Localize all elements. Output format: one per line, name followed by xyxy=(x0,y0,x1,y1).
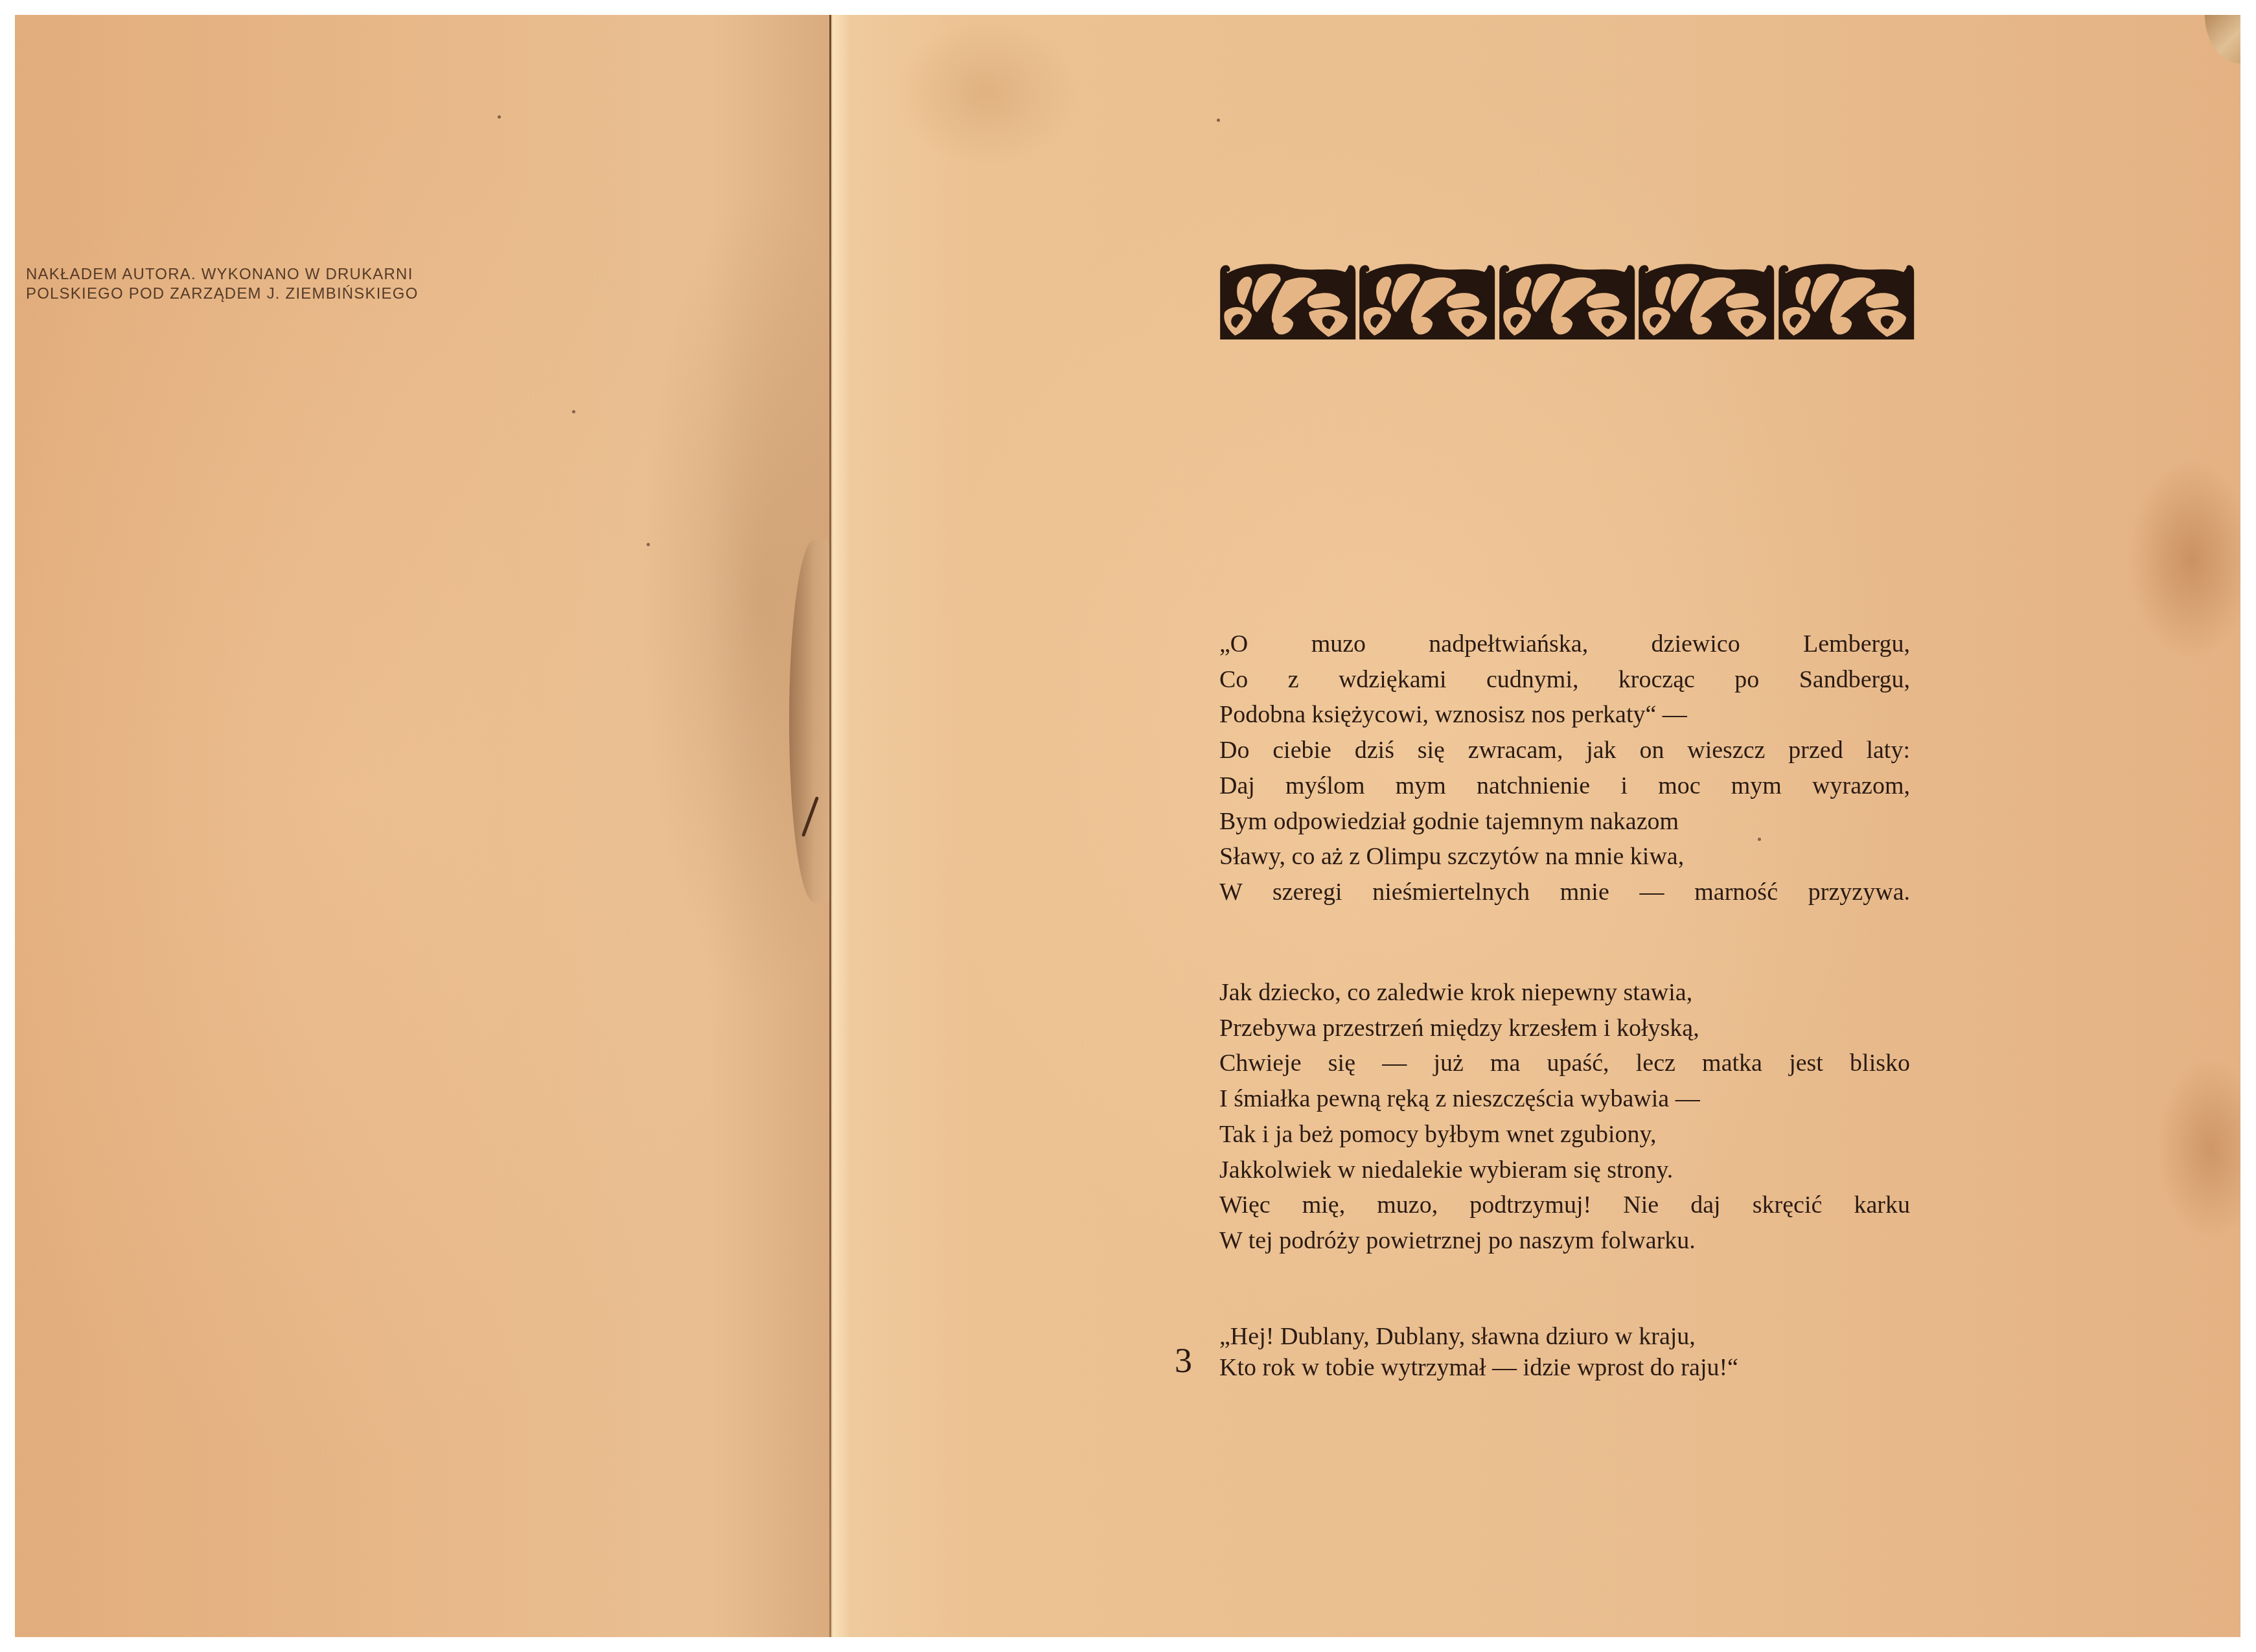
poem-closing-couplet: „Hej! Dublany, Dublany, sławna dziuro w … xyxy=(1219,1321,1910,1383)
poem-line: Co z wdziękami cudnymi, krocząc po Sandb… xyxy=(1219,662,1910,698)
left-page: NAKŁADEM AUTORA. WYKONANO W DRUKARNI POL… xyxy=(15,15,831,1637)
book-spread: NAKŁADEM AUTORA. WYKONANO W DRUKARNI POL… xyxy=(15,15,2240,1637)
poem-line: Tak i ja beż pomocy byłbym wnet zgubiony… xyxy=(1219,1117,1910,1153)
paper-speck xyxy=(1217,119,1220,122)
imprint-line: POLSKIEGO POD ZARZĄDEM J. ZIEMBIŃSKIEGO xyxy=(26,284,419,304)
floral-border-ornament xyxy=(1218,259,1916,339)
poem-line: Jak dziecko, co zaledwie krok niepewny s… xyxy=(1219,975,1910,1011)
poem-line: Do ciebie dziś się zwracam, jak on wiesz… xyxy=(1219,733,1910,768)
art-nouveau-floral-border-icon xyxy=(1637,259,1776,339)
poem-stanza-2: Jak dziecko, co zaledwie krok niepewny s… xyxy=(1219,975,1910,1259)
paper-speck xyxy=(647,543,650,546)
printer-imprint: NAKŁADEM AUTORA. WYKONANO W DRUKARNI POL… xyxy=(26,265,419,304)
poem-line: Bym odpowiedział godnie tajemnym nakazom xyxy=(1219,804,1910,840)
spine-highlight xyxy=(833,15,851,1637)
paper-speck xyxy=(498,115,501,119)
poem-line: Podobna księżycowi, wznosisz nos perkaty… xyxy=(1219,697,1910,733)
poem-line: „Hej! Dublany, Dublany, sławna dziuro w … xyxy=(1219,1321,1910,1352)
art-nouveau-floral-border-icon xyxy=(1777,259,1916,339)
poem-line: W szeregi nieśmiertelnych mnie — marność… xyxy=(1219,875,1910,910)
poem-line: W tej podróży powietrznej po naszym folw… xyxy=(1219,1223,1910,1259)
page-number: 3 xyxy=(1175,1341,1192,1380)
poem-line: „O muzo nadpełtwiańska, dziewico Lemberg… xyxy=(1219,626,1910,662)
page-corner-curl xyxy=(2205,15,2240,63)
paper-speck xyxy=(572,410,575,413)
poem-line: Daj myślom mym natchnienie i moc mym wyr… xyxy=(1219,768,1910,804)
imprint-line: NAKŁADEM AUTORA. WYKONANO W DRUKARNI xyxy=(26,265,419,284)
art-nouveau-floral-border-icon xyxy=(1218,259,1357,339)
poem-stanza-1: „O muzo nadpełtwiańska, dziewico Lemberg… xyxy=(1219,626,1910,910)
poem-line: Chwieje się — już ma upaść, lecz matka j… xyxy=(1219,1046,1910,1081)
art-nouveau-floral-border-icon xyxy=(1497,259,1637,339)
art-nouveau-floral-border-icon xyxy=(1357,259,1497,339)
book-spine xyxy=(829,15,831,1637)
poem-line: Kto rok w tobie wytrzymał — idzie wprost… xyxy=(1219,1352,1910,1383)
poem-line: Więc mię, muzo, podtrzymuj! Nie daj skrę… xyxy=(1219,1187,1910,1223)
poem-line: I śmiałka pewną ręką z nieszczęścia wyba… xyxy=(1219,1081,1910,1117)
poem-line: Przebywa przestrzeń między krzesłem i ko… xyxy=(1219,1011,1910,1046)
poem-line: Jakkolwiek w niedalekie wybieram się str… xyxy=(1219,1153,1910,1188)
poem-line: Sławy, co aż z Olimpu szczytów na mnie k… xyxy=(1219,839,1910,875)
